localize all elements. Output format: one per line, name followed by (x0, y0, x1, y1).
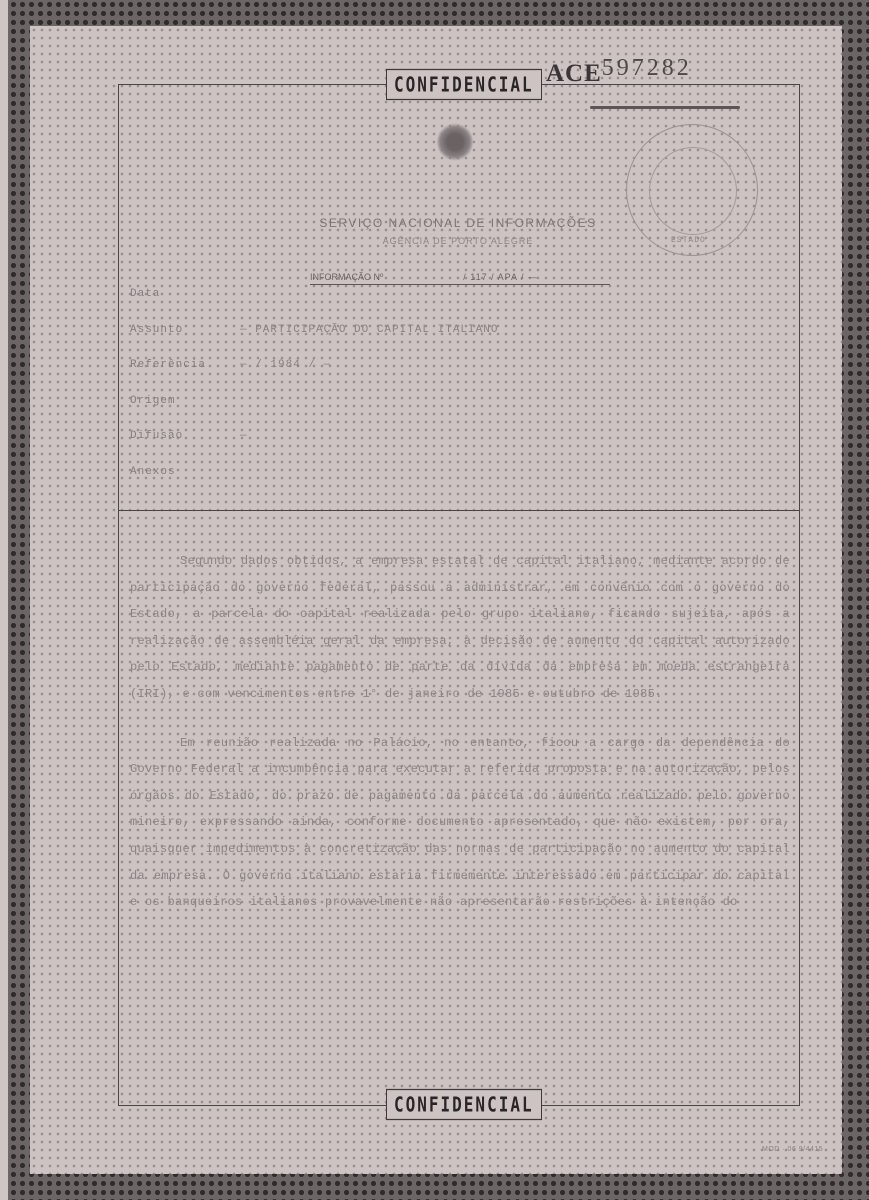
ace-underline (590, 106, 740, 109)
information-label: INFORMAÇÃO Nº (310, 272, 383, 282)
classification-stamp-top: CONFIDENCIAL (386, 69, 542, 100)
information-number: INFORMAÇÃO Nº/ 117 / APA / — (310, 272, 610, 285)
field-data: Data (130, 288, 498, 324)
organization-title: SERVIÇO NACIONAL DE INFORMAÇÕES (118, 216, 798, 230)
classification-stamp-bottom: CONFIDENCIAL (386, 1089, 542, 1120)
field-label: Origem (130, 395, 240, 407)
body-paragraph: Segundo dados obtidos, a empresa estatal… (130, 548, 790, 708)
field-value: — (240, 430, 248, 442)
agency-subtitle: AGÊNCIA DE PORTO ALEGRE (118, 236, 798, 246)
field-label: Assunto (130, 324, 240, 336)
ace-reference: ACE597282 (546, 60, 692, 88)
field-difusao: Difusão— (130, 430, 498, 466)
field-label: Difusão (130, 430, 240, 442)
field-anexos: Anexos (130, 466, 498, 502)
coat-of-arms-icon (437, 122, 473, 162)
field-value: — / 1984 / — (240, 359, 331, 371)
field-origem: Origem (130, 395, 498, 431)
scan-edge (0, 0, 8, 1200)
header-divider (118, 510, 799, 511)
field-label: Anexos (130, 466, 240, 478)
field-assunto: Assunto— PARTICIPAÇÃO DO CAPITAL ITALIAN… (130, 324, 498, 360)
field-value: — PARTICIPAÇÃO DO CAPITAL ITALIANO (240, 324, 498, 336)
document-body: Segundo dados obtidos, a empresa estatal… (130, 548, 790, 938)
information-value: / 117 / APA / — (463, 272, 538, 282)
ace-prefix: ACE (546, 60, 602, 87)
field-label: Data (130, 288, 240, 300)
field-label: Referência (130, 359, 240, 371)
header-fields: Data Assunto— PARTICIPAÇÃO DO CAPITAL IT… (130, 288, 498, 501)
document-page: CONFIDENCIAL ACE597282 ESTADO SERVIÇO NA… (30, 26, 842, 1174)
body-paragraph: Em reunião realizada no Palácio, no enta… (130, 730, 790, 916)
ace-number: 597282 (602, 55, 692, 81)
form-code: MOD · 06 9/4415 (762, 1146, 823, 1153)
field-referencia: Referência— / 1984 / — (130, 359, 498, 395)
